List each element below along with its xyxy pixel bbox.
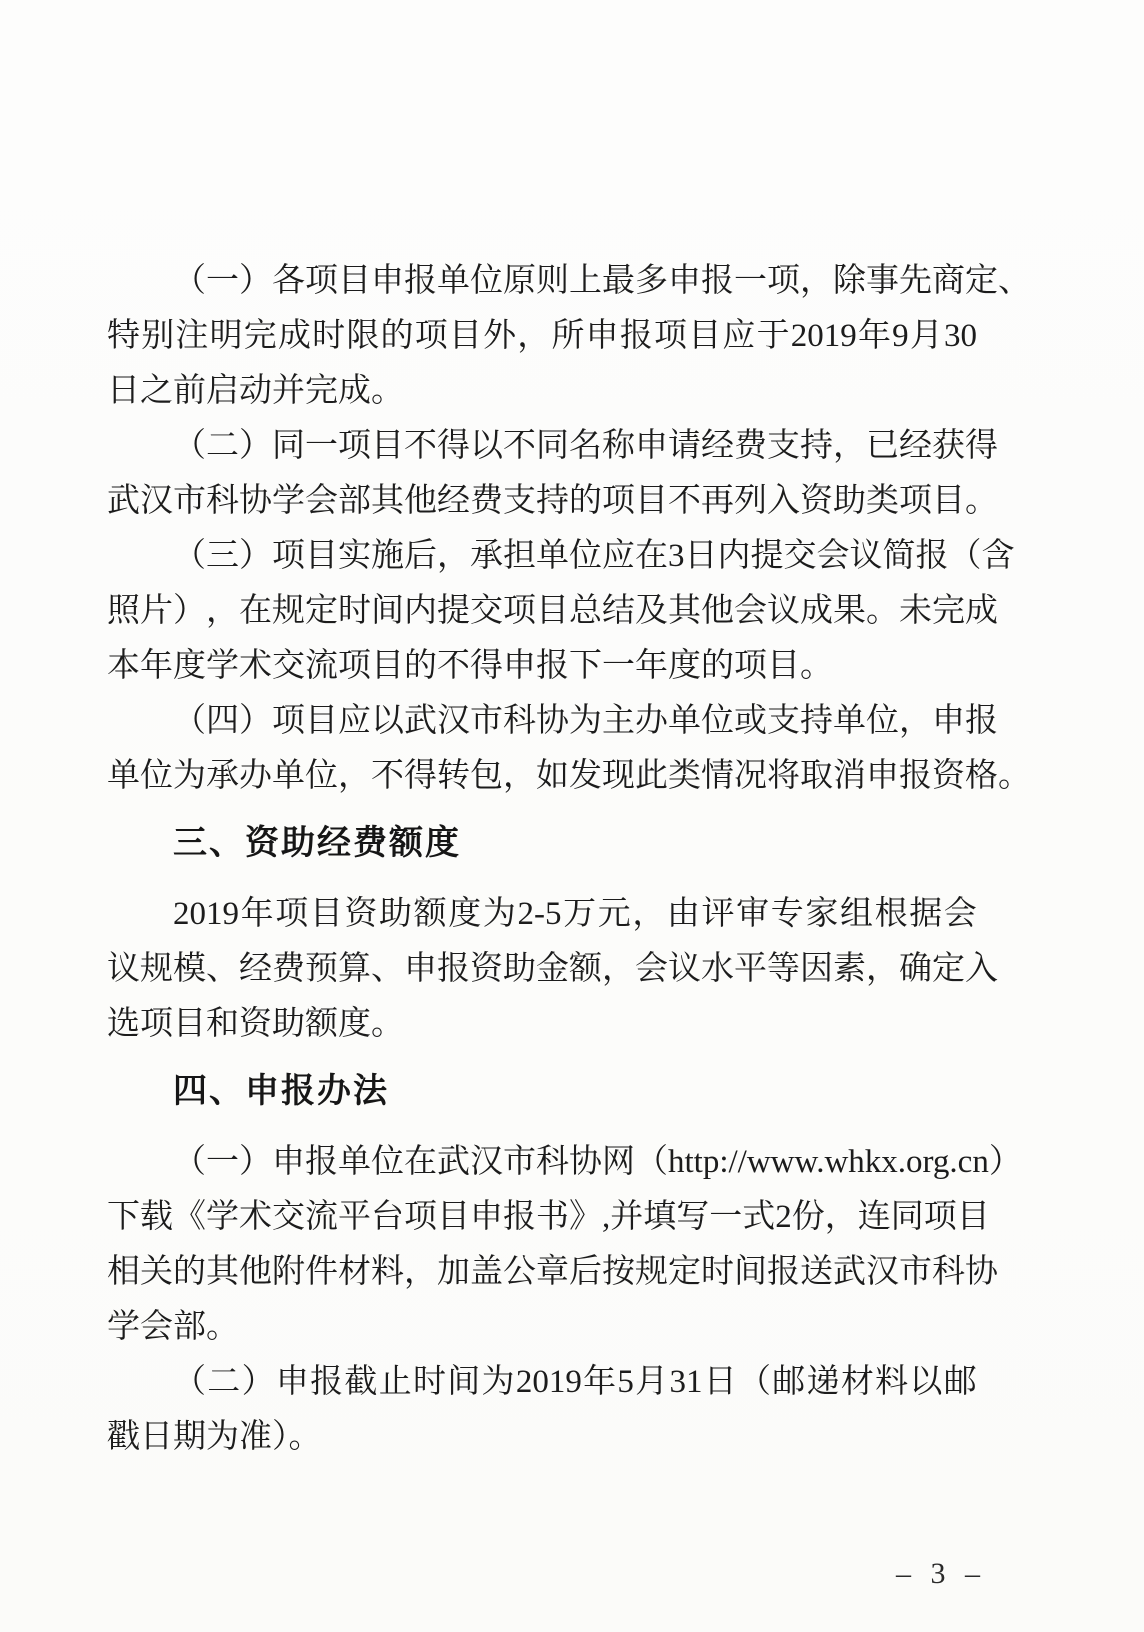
page-number: – 3 – [896,1556,986,1592]
paragraph-line: （一）各项目申报单位原则上最多申报一项，除事先商定、 [107,254,977,309]
paragraph-line: 选项目和资助额度。 [107,997,977,1052]
document-body: （一）各项目申报单位原则上最多申报一项，除事先商定、 特别注明完成时限的项目外，… [107,254,977,1465]
paragraph-line: 2019年项目资助额度为2-5万元，由评审专家组根据会 [107,887,977,942]
paragraph-line: 议规模、经费预算、申报资助金额，会议水平等因素，确定入 [107,942,977,997]
paragraph-line: 相关的其他附件材料，加盖公章后按规定时间报送武汉市科协 [107,1245,977,1300]
paragraph-line: 特别注明完成时限的项目外，所申报项目应于2019年9月30 [107,309,977,364]
paragraph-line: 下载《学术交流平台项目申报书》,并填写一式2份，连同项目 [107,1190,977,1245]
paragraph-line: （二）同一项目不得以不同名称申请经费支持，已经获得 [107,419,977,474]
paragraph-line: 武汉市科协学会部其他经费支持的项目不再列入资助类项目。 [107,474,977,529]
paragraph-line: 照片），在规定时间内提交项目总结及其他会议成果。未完成 [107,584,977,639]
paragraph-line: 戳日期为准）。 [107,1410,977,1465]
paragraph-line: 本年度学术交流项目的不得申报下一年度的项目。 [107,639,977,694]
paragraph-line: 单位为承办单位，不得转包，如发现此类情况将取消申报资格。 [107,749,977,804]
paragraph-line: 学会部。 [107,1300,977,1355]
paragraph-line: （二）申报截止时间为2019年5月31日（邮递材料以邮 [107,1355,977,1410]
section-heading: 三、资助经费额度 [107,816,977,871]
paragraph-line: 日之前启动并完成。 [107,364,977,419]
paragraph-line: （四）项目应以武汉市科协为主办单位或支持单位，申报 [107,694,977,749]
scanned-document-page: （一）各项目申报单位原则上最多申报一项，除事先商定、 特别注明完成时限的项目外，… [0,0,1144,1632]
paragraph-line: （一）申报单位在武汉市科协网（http://www.whkx.org.cn） [107,1135,977,1190]
section-heading: 四、申报办法 [107,1064,977,1119]
paragraph-line: （三）项目实施后，承担单位应在3日内提交会议简报（含 [107,529,977,584]
